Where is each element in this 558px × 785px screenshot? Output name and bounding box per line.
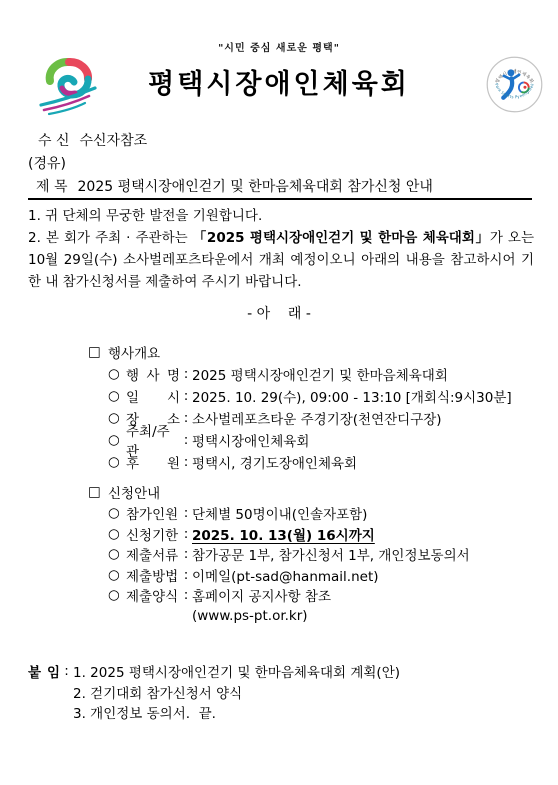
field-label: 제출서류 xyxy=(126,544,180,564)
application-row-forms: ○ 제출양식 : 홈페이지 공지사항 참조 xyxy=(108,585,470,606)
recipient-block: 수 신 수신자참조 (경유) 제 목 2025 평택시장애인걷기 및 한마음체육… xyxy=(28,128,532,197)
to-value: 수신자참조 xyxy=(80,130,148,150)
colon-separator: : xyxy=(180,587,192,603)
application-row-deadline: ○ 신청기한 : 2025. 10. 13(월) 16시까지 xyxy=(108,524,470,545)
attachments-label: 붙 임 xyxy=(28,661,60,681)
colon-separator: : xyxy=(180,454,192,470)
overview-title-text: 행사개요 xyxy=(108,342,160,362)
field-label: 제출방법 xyxy=(126,565,180,585)
official-notice-document: "시민 중심 새로운 평택" 평택시장애인체육회 평택시장애인체육회 Para … xyxy=(0,0,558,785)
header-divider xyxy=(28,198,532,200)
below-marker: - 아 래 - xyxy=(0,303,558,323)
colon-separator: : xyxy=(180,505,192,521)
circle-bullet-icon: ○ xyxy=(108,388,126,404)
colon-separator: : xyxy=(180,546,192,562)
to-label: 수 신 xyxy=(38,130,70,150)
circle-bullet-icon: ○ xyxy=(108,432,126,448)
application-title-text: 신청안내 xyxy=(108,482,160,502)
circle-bullet-icon: ○ xyxy=(108,546,126,562)
attachment-row-3: 3. 개인정보 동의서. 끝. xyxy=(28,702,534,723)
overview-row-datetime: ○ 일 시 : 2025. 10. 29(수), 09:00 - 13:10 [… xyxy=(108,385,512,407)
application-row-method: ○ 제출방법 : 이메일(pt-sad@hanmail.net) xyxy=(108,565,470,586)
application-guide-section: □ 신청안내 ○ 참가인원 : 단체별 50명이내(인솔자포함) ○ 신청기한 … xyxy=(88,481,470,626)
field-value: 소사벌레포츠타운 주경기장(천연잔디구장) xyxy=(192,408,442,428)
attachments-block: 붙 임 : 1. 2025 평택시장애인걷기 및 한마음체육대회 계획(안) 2… xyxy=(28,661,534,723)
application-section-title: □ 신청안내 xyxy=(88,481,470,503)
application-rows: ○ 참가인원 : 단체별 50명이내(인솔자포함) ○ 신청기한 : 2025.… xyxy=(108,503,470,626)
field-value: 2025. 10. 29(수), 09:00 - 13:10 [개회식:9시30… xyxy=(192,386,512,406)
field-value: 2025 평택시장애인걷기 및 한마음체육대회 xyxy=(192,364,448,384)
field-value: 참가공문 1부, 참가신청서 1부, 개인정보동의서 xyxy=(192,544,470,564)
via-label: (경유) xyxy=(28,153,66,173)
colon-separator: : xyxy=(180,432,192,448)
field-label: 제출양식 xyxy=(126,585,180,605)
paragraph-2-prefix: 2. 본 회가 주최 · 주관하는 xyxy=(28,230,193,246)
via-line: (경유) xyxy=(28,151,532,174)
colon-separator: : xyxy=(180,366,192,382)
overview-row-sponsor: ○ 후 원 : 평택시, 경기도장애인체육회 xyxy=(108,451,512,473)
website-note-row: (www.ps-pt.or.kr) xyxy=(108,606,470,627)
city-slogan: "시민 중심 새로운 평택" xyxy=(0,39,558,54)
para-sports-pyeongtaek-logo-icon: 평택시장애인체육회 Para Sports Pyeongtaek xyxy=(486,56,543,113)
recipient-line: 수 신 수신자참조 xyxy=(28,128,532,151)
subject-label: 제 목 xyxy=(36,176,68,196)
attachment-row-1: 붙 임 : 1. 2025 평택시장애인걷기 및 한마음체육대회 계획(안) xyxy=(28,661,534,682)
field-label: 행 사 명 xyxy=(126,364,180,384)
field-label: 후 원 xyxy=(126,452,180,472)
event-title-emphasis: 「2025 평택시장애인걷기 및 한마음 체육대회」 xyxy=(193,230,490,246)
overview-row-event-name: ○ 행 사 명 : 2025 평택시장애인걷기 및 한마음체육대회 xyxy=(108,363,512,385)
application-row-participants: ○ 참가인원 : 단체별 50명이내(인솔자포함) xyxy=(108,503,470,524)
submission-email-value: 이메일(pt-sad@hanmail.net) xyxy=(192,565,379,585)
paragraph-2: 2. 본 회가 주최 · 주관하는 「2025 평택시장애인걷기 및 한마음 체… xyxy=(28,227,534,293)
circle-bullet-icon: ○ xyxy=(108,410,126,426)
attachment-item: 1. 2025 평택시장애인걷기 및 한마음체육대회 계획(안) xyxy=(73,661,400,681)
field-label: 신청기한 xyxy=(126,524,180,544)
field-value: 평택시, 경기도장애인체육회 xyxy=(192,452,357,472)
square-bullet-icon: □ xyxy=(88,344,108,360)
field-label: 일 시 xyxy=(126,386,180,406)
colon-separator: : xyxy=(180,526,192,542)
application-row-documents: ○ 제출서류 : 참가공문 1부, 참가신청서 1부, 개인정보동의서 xyxy=(108,544,470,565)
attachment-item: 3. 개인정보 동의서. 끝. xyxy=(73,702,216,722)
overview-row-host: ○ 주최/주관 : 평택시장애인체육회 xyxy=(108,429,512,451)
circle-bullet-icon: ○ xyxy=(108,454,126,470)
body-paragraphs: 1. 귀 단체의 무궁한 발전을 기원합니다. 2. 본 회가 주최 · 주관하… xyxy=(28,205,534,293)
website-url: (www.ps-pt.or.kr) xyxy=(192,608,308,624)
colon-separator: : xyxy=(180,410,192,426)
event-overview-section: □ 행사개요 ○ 행 사 명 : 2025 평택시장애인걷기 및 한마음체육대회… xyxy=(88,341,512,473)
paragraph-1: 1. 귀 단체의 무궁한 발전을 기원합니다. xyxy=(28,205,534,227)
pyeongtaek-city-logo-icon xyxy=(36,54,102,116)
field-value: 단체별 50명이내(인솔자포함) xyxy=(192,503,367,523)
circle-bullet-icon: ○ xyxy=(108,526,126,542)
deadline-value: 2025. 10. 13(월) 16시까지 xyxy=(192,524,375,544)
field-value: 평택시장애인체육회 xyxy=(192,430,309,450)
overview-section-title: □ 행사개요 xyxy=(88,341,512,363)
attachment-row-2: 2. 걷기대회 참가신청서 양식 xyxy=(28,682,534,703)
circle-bullet-icon: ○ xyxy=(108,505,126,521)
colon-separator: : xyxy=(60,663,73,679)
colon-separator: : xyxy=(180,567,192,583)
square-bullet-icon: □ xyxy=(88,484,108,500)
circle-bullet-icon: ○ xyxy=(108,567,126,583)
field-label: 참가인원 xyxy=(126,503,180,523)
circle-bullet-icon: ○ xyxy=(108,366,126,382)
circle-bullet-icon: ○ xyxy=(108,587,126,603)
field-value: 홈페이지 공지사항 참조 xyxy=(192,585,331,605)
overview-rows: ○ 행 사 명 : 2025 평택시장애인걷기 및 한마음체육대회 ○ 일 시 … xyxy=(108,363,512,473)
subject-line: 제 목 2025 평택시장애인걷기 및 한마음체육대회 참가신청 안내 xyxy=(28,174,532,197)
colon-separator: : xyxy=(180,388,192,404)
attachment-item: 2. 걷기대회 참가신청서 양식 xyxy=(73,682,242,702)
subject-value: 2025 평택시장애인걷기 및 한마음체육대회 참가신청 안내 xyxy=(78,176,433,196)
